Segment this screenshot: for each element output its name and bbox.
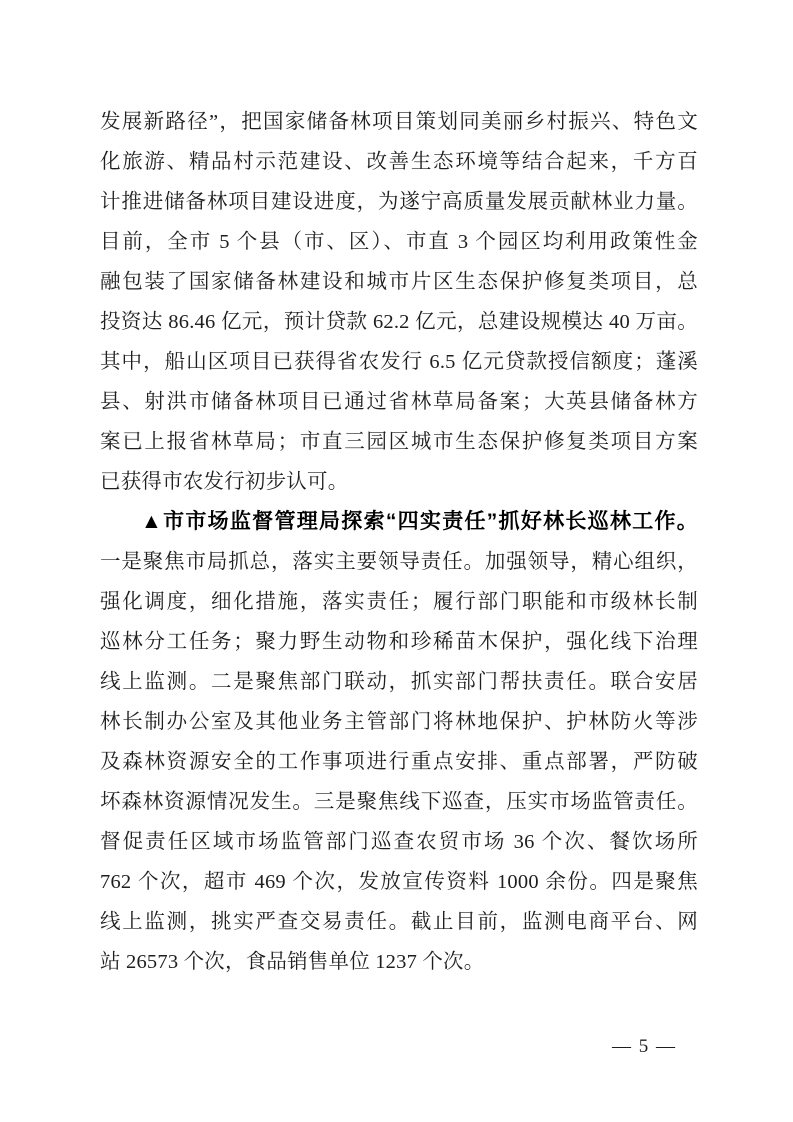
text-line: 督促责任区域市场监管部门巡查农贸市场 36 个次、餐饮场所 <box>100 822 698 862</box>
section-heading-line: ▲市市场监督管理局探索“四实责任”抓好林长巡林工作。 <box>100 502 698 542</box>
text-line: 线上监测。二是聚焦部门联动，抓实部门帮扶责任。联合安居 <box>100 662 698 702</box>
text-line: 强化调度，细化措施，落实责任；履行部门职能和市级林长制 <box>100 582 698 622</box>
text-line: 县、射洪市储备林项目已通过省林草局备案；大英县储备林方 <box>100 382 698 422</box>
text-line: 762 个次，超市 469 个次，发放宣传资料 1000 余份。四是聚焦 <box>100 862 698 902</box>
text-line: 发展新路径”，把国家储备林项目策划同美丽乡村振兴、特色文 <box>100 102 698 142</box>
text-line: 投资达 86.46 亿元，预计贷款 62.2 亿元，总建设规模达 40 万亩。 <box>100 302 698 342</box>
document-page: 发展新路径”，把国家储备林项目策划同美丽乡村振兴、特色文化旅游、精品村示范建设、… <box>0 0 793 1122</box>
document-body: 发展新路径”，把国家储备林项目策划同美丽乡村振兴、特色文化旅游、精品村示范建设、… <box>100 102 698 982</box>
text-line: 计推进储备林项目建设进度，为遂宁高质量发展贡献林业力量。 <box>100 182 698 222</box>
text-line: 案已上报省林草局；市直三园区城市生态保护修复类项目方案 <box>100 422 698 462</box>
text-line: 化旅游、精品村示范建设、改善生态环境等结合起来，千方百 <box>100 142 698 182</box>
text-line: 其中，船山区项目已获得省农发行 6.5 亿元贷款授信额度；蓬溪 <box>100 342 698 382</box>
page-number: — 5 — <box>612 1034 677 1060</box>
text-line: 线上监测，挑实严查交易责任。截止目前，监测电商平台、网 <box>100 902 698 942</box>
text-line: 林长制办公室及其他业务主管部门将林地保护、护林防火等涉 <box>100 702 698 742</box>
text-line: 目前，全市 5 个县（市、区）、市直 3 个园区均利用政策性金 <box>100 222 698 262</box>
text-line: 及森林资源安全的工作事项进行重点安排、重点部署，严防破 <box>100 742 698 782</box>
text-line: 巡林分工任务；聚力野生动物和珍稀苗木保护，强化线下治理 <box>100 622 698 662</box>
text-line: 已获得市农发行初步认可。 <box>100 462 698 502</box>
text-line: 融包装了国家储备林建设和城市片区生态保护修复类项目，总 <box>100 262 698 302</box>
text-line: 一是聚焦市局抓总，落实主要领导责任。加强领导，精心组织， <box>100 542 698 582</box>
text-line: 站 26573 个次，食品销售单位 1237 个次。 <box>100 942 698 982</box>
text-line: 坏森林资源情况发生。三是聚焦线下巡查，压实市场监管责任。 <box>100 782 698 822</box>
